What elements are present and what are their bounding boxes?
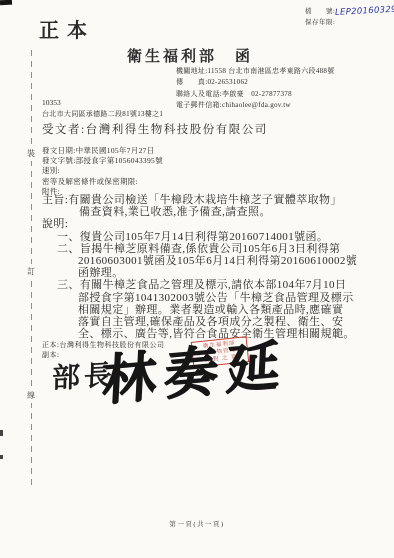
explanation-heading: 說明: xyxy=(42,218,362,230)
explanation-item-line: 落實自主管理,確保產品及各項成分之製程、衛生、安 xyxy=(57,316,362,328)
binding-marker-ding: 訂 xyxy=(22,264,40,279)
explanation-item-2: 二、旨揭牛樟芝原料備查,係依貴公司105年6月3日利得第 20160603001… xyxy=(57,243,362,280)
recipient-zip: 10353 xyxy=(42,98,61,107)
agency-contact-block: 機關地址:11558 台北市南港區忠孝東路六段488號 傳 真:02-26531… xyxy=(176,66,335,111)
issue-number-field: 發文字號:部授食字第1056043395號 xyxy=(42,156,163,166)
document-fields-block: 發文日期:中華民國105年7月27日 發文字號:部授食字第1056043395號… xyxy=(42,146,163,197)
agency-address-line: 機關地址:11558 台北市南港區忠孝東路六段488號 xyxy=(176,66,335,77)
retention-period-label: 保存年限: xyxy=(305,17,335,26)
agency-contact-line: 聯絡人及電話:李啟豪 02-27877378 xyxy=(176,89,335,100)
copy-type-label: 正本 xyxy=(39,14,95,43)
document-title: 衛生福利部 函 xyxy=(0,45,380,66)
explanation-item-line: 部授食字第1041302003號公告「牛樟芝食品管理及標示 xyxy=(57,292,362,304)
scan-corner-artifact xyxy=(0,0,12,5)
explanation-item-line: 一、復貴公司105年7月14日利得第20160714001號函。 xyxy=(57,231,362,243)
recipient-line: 受文者:台灣利得生物科技股份有限公司 xyxy=(42,121,268,137)
explanation-item-line: 二、旨揭牛樟芝原料備查,係依貴公司105年6月3日利得第 xyxy=(57,243,362,255)
binding-marker-xian: 線 xyxy=(22,388,40,403)
agency-fax-line: 傳 真:02-26531062 xyxy=(176,77,335,88)
explanation-item-1: 一、復貴公司105年7月14日利得第20160714001號函。 xyxy=(57,231,362,243)
issue-date-field: 發文日期:中華民國105年7月27日 xyxy=(42,146,163,156)
agency-email-line: 電子郵件信箱:chihaolee@fda.gov.tw xyxy=(176,100,335,111)
file-number-label: 檔 號: xyxy=(305,8,335,15)
explanation-item-line: 20160603001號函及105年6月14日利得第20160610002號 xyxy=(57,255,362,267)
subject-line: 主旨:有關貴公司檢送「牛樟段木栽培牛樟芝子實體萃取物」 xyxy=(42,194,362,206)
speed-class-field: 速別: xyxy=(42,166,163,176)
page-number: 第一頁(共一頁) xyxy=(0,519,394,528)
explanation-item-line: 三、有關牛樟芝食品之管理及標示,請依本部104年7月10日 xyxy=(57,279,362,291)
explanation-item-line: 函辦理。 xyxy=(57,267,362,279)
security-class-field: 密等及解密條件或保密期限: xyxy=(42,177,163,187)
binding-marker-zhuang: 裝 xyxy=(22,146,40,161)
scan-edge-speck xyxy=(0,430,3,436)
recipient-address: 台北市大同區承德路二段81號13樓之1 xyxy=(42,109,163,119)
file-number-handwritten-value: LEP2016032900 xyxy=(335,4,394,18)
scan-edge-speck xyxy=(0,455,3,459)
explanation-item-line: 相關規定」辦理。業者製造或輸入各類產品時,應確實 xyxy=(57,304,362,316)
scanned-official-letter: 檔 號:LEP2016032900 保存年限: 正本 衛生福利部 函 機關地址:… xyxy=(0,0,394,558)
subject-line: 備查資料,業已收悉,准予備查,請查照。 xyxy=(42,206,362,218)
file-number-row: 檔 號:LEP2016032900 xyxy=(305,6,394,16)
letter-body: 主旨:有關貴公司檢送「牛樟段木栽培牛樟芝子實體萃取物」 備查資料,業已收悉,准予… xyxy=(42,194,362,340)
minister-signature: 林奏延 xyxy=(100,322,289,416)
